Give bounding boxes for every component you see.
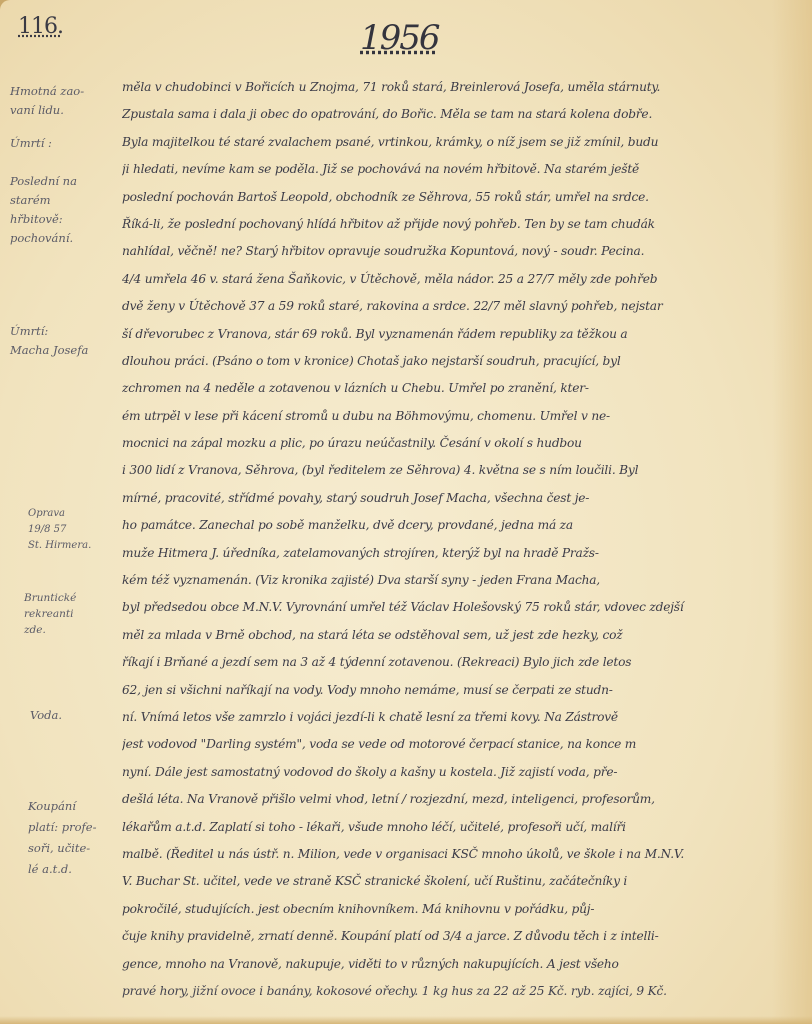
text-line: jest vodovod "Darling systém", voda se v… [122, 731, 742, 758]
text-line: čuje knihy pravidelně, zrnatí denně. Kou… [122, 923, 742, 950]
text-line: ho památce. Zanechal po sobě manželku, d… [122, 512, 742, 539]
text-line: ém utrpěl v lese při kácení stromů u dub… [122, 403, 742, 430]
text-line: ní. Vnímá letos vše zamrzlo i vojáci jez… [122, 704, 742, 731]
chronicle-body-text: měla v chudobinci v Bořicích u Znojma, 7… [122, 74, 742, 1005]
notebook-page: 116. 1956 Hmotná zao- vaní lidu. Úmrtí :… [0, 0, 812, 1024]
text-line: lékařům a.t.d. Zaplatí si toho - lékaři,… [122, 814, 742, 841]
page-number: 116. [18, 14, 63, 39]
text-line: dešlá léta. Na Vranově přišlo velmi vhod… [122, 786, 742, 813]
text-line: měl za mlada v Brně obchod, na stará lét… [122, 622, 742, 649]
text-line: ší dřevorubec z Vranova, stár 69 roků. B… [122, 321, 742, 348]
text-line: Říká-li, že poslední pochovaný hlídá hřb… [122, 211, 742, 238]
margin-note-rekreanti: Bruntické rekreanti zde. [10, 590, 132, 638]
margin-note-oprava: Oprava 19/8 57 St. Hirmera. [10, 506, 118, 554]
text-line: byl předsedou obce M.N.V. Vyrovnání umře… [122, 594, 742, 621]
text-line: dvě ženy v Útěchově 37 a 59 roků staré, … [122, 293, 742, 320]
margin-note-koupani: Koupání platí: profe- soři, učite- lé a.… [10, 796, 120, 880]
text-line: dlouhou práci. (Psáno o tom v kronice) C… [122, 348, 742, 375]
text-line: pravé hory, jižní ovoce i banány, kokoso… [122, 978, 742, 1005]
text-line: ji hledati, nevíme kam se poděla. Již se… [122, 156, 742, 183]
text-line: muže Hitmera J. úředníka, zatelamovaných… [122, 540, 742, 567]
text-line: říkají i Brňané a jezdí sem na 3 až 4 tý… [122, 649, 742, 676]
text-line: 62, jen si všichni naříkají na vody. Vod… [122, 677, 742, 704]
margin-note-umrti-macha: Úmrtí: Macha Josefa [10, 322, 118, 360]
margin-note-umrti: Úmrtí : [10, 134, 118, 153]
text-line: V. Buchar St. učitel, vede ve straně KSČ… [122, 868, 742, 895]
text-line: nyní. Dále jest samostatný vodovod do šk… [122, 759, 742, 786]
text-line: Zpustala sama i dala ji obec do opatrová… [122, 101, 742, 128]
text-line: i 300 lidí z Vranova, Sěhrova, (byl ředi… [122, 457, 742, 484]
margin-note-hmotna-zaopatreni: Hmotná zao- vaní lidu. [10, 82, 118, 120]
text-line: Byla majitelkou té staré zvalachem psané… [122, 129, 742, 156]
text-line: mírné, pracovité, střídmé povahy, starý … [122, 485, 742, 512]
page-edge-shadow [772, 0, 812, 1024]
text-line: pokročilé, studujících. jest obecním kni… [122, 896, 742, 923]
margin-note-posledni-pochovani: Poslední na starém hřbitově: pochování. [10, 172, 118, 248]
text-line: nahlídal, věčně! ne? Starý hřbitov oprav… [122, 238, 742, 265]
text-line: malbě. (Ředitel u nás ústř. n. Milion, v… [122, 841, 742, 868]
page-bottom-edge [0, 1016, 812, 1024]
text-line: zchromen na 4 neděle a zotavenou v lázní… [122, 375, 742, 402]
year-heading: 1956 [360, 18, 439, 58]
text-line: gence, mnoho na Vranově, nakupuje, vidět… [122, 951, 742, 978]
text-line: 4/4 umřela 46 v. stará žena Šaňkovic, v … [122, 266, 742, 293]
text-line: mocnici na zápal mozku a plic, po úrazu … [122, 430, 742, 457]
text-line: kém též vyznamenán. (Viz kronika zajisté… [122, 567, 742, 594]
text-line: poslední pochován Bartoš Leopold, obchod… [122, 184, 742, 211]
margin-note-voda: Voda. [10, 706, 138, 725]
text-line: měla v chudobinci v Bořicích u Znojma, 7… [122, 74, 742, 101]
